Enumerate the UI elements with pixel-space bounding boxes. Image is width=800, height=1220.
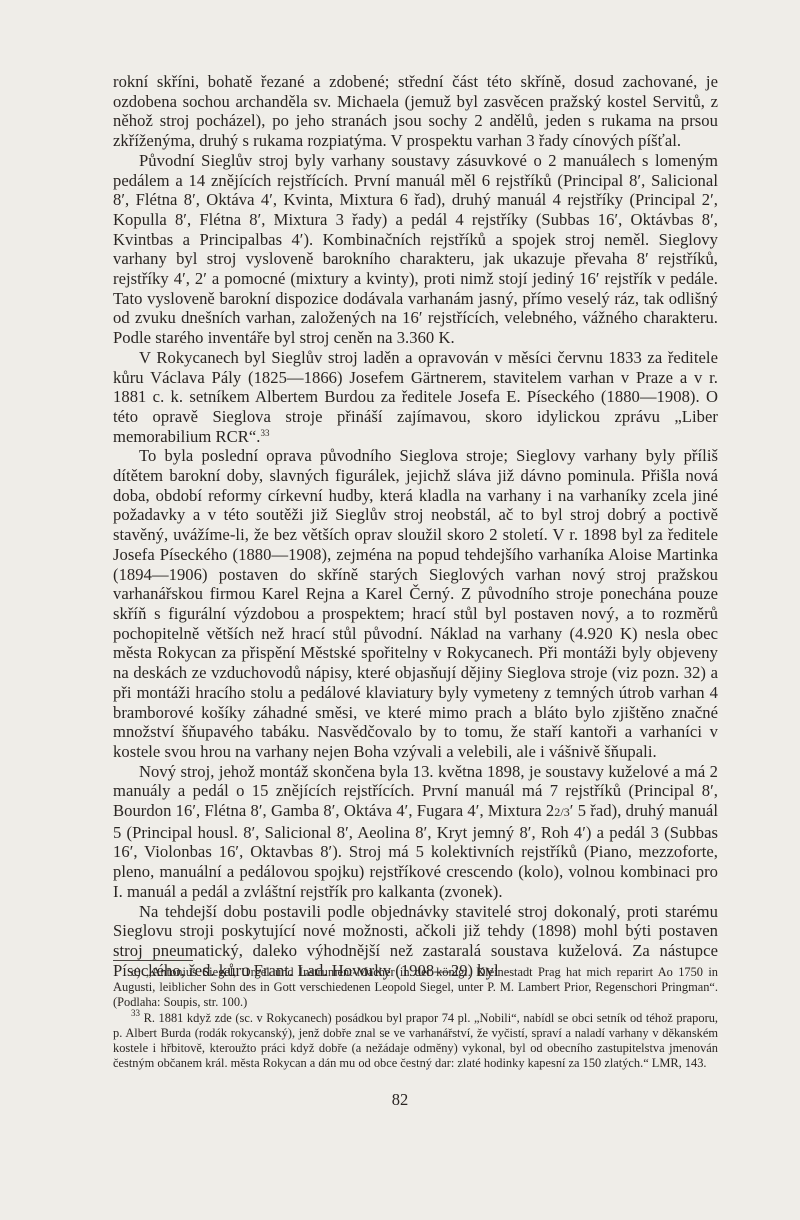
footnote-marker: c) <box>131 965 141 979</box>
footnote-c: c) „Antonius Siegel, Orgel und Instrumen… <box>113 965 718 1011</box>
footnotes: c) „Antonius Siegel, Orgel und Instrumen… <box>113 965 718 1071</box>
paragraph-4: To byla poslední oprava původního Sieglo… <box>113 446 718 761</box>
page-body: rokní skříni, bohatě řezané a zdobené; s… <box>113 72 718 980</box>
paragraph-3-text: V Rokycanech byl Sieglův stroj laděn a o… <box>113 348 718 446</box>
paragraph-5: Nový stroj, jehož montáž skončena byla 1… <box>113 762 718 902</box>
footnote-reference-33[interactable]: 33 <box>260 428 269 438</box>
paragraph-1: rokní skříni, bohatě řezané a zdobené; s… <box>113 72 718 151</box>
main-text: rokní skříni, bohatě řezané a zdobené; s… <box>113 72 718 980</box>
footnote-text: „Antonius Siegel, Orgel und Instrument-M… <box>113 965 718 1009</box>
footnote-marker: 33 <box>131 1008 140 1018</box>
paragraph-2: Původní Sieglův stroj byly varhany soust… <box>113 151 718 348</box>
paragraph-3: V Rokycanech byl Sieglův stroj laděn a o… <box>113 348 718 447</box>
footnote-text: R. 1881 když zde (sc. v Rokycanech) posá… <box>113 1011 718 1071</box>
footnote-33: 33 R. 1881 když zde (sc. v Rokycanech) p… <box>113 1011 718 1072</box>
footnote-divider <box>113 960 193 961</box>
fraction: 2/3 <box>554 805 569 819</box>
page-number: 82 <box>0 1090 800 1110</box>
